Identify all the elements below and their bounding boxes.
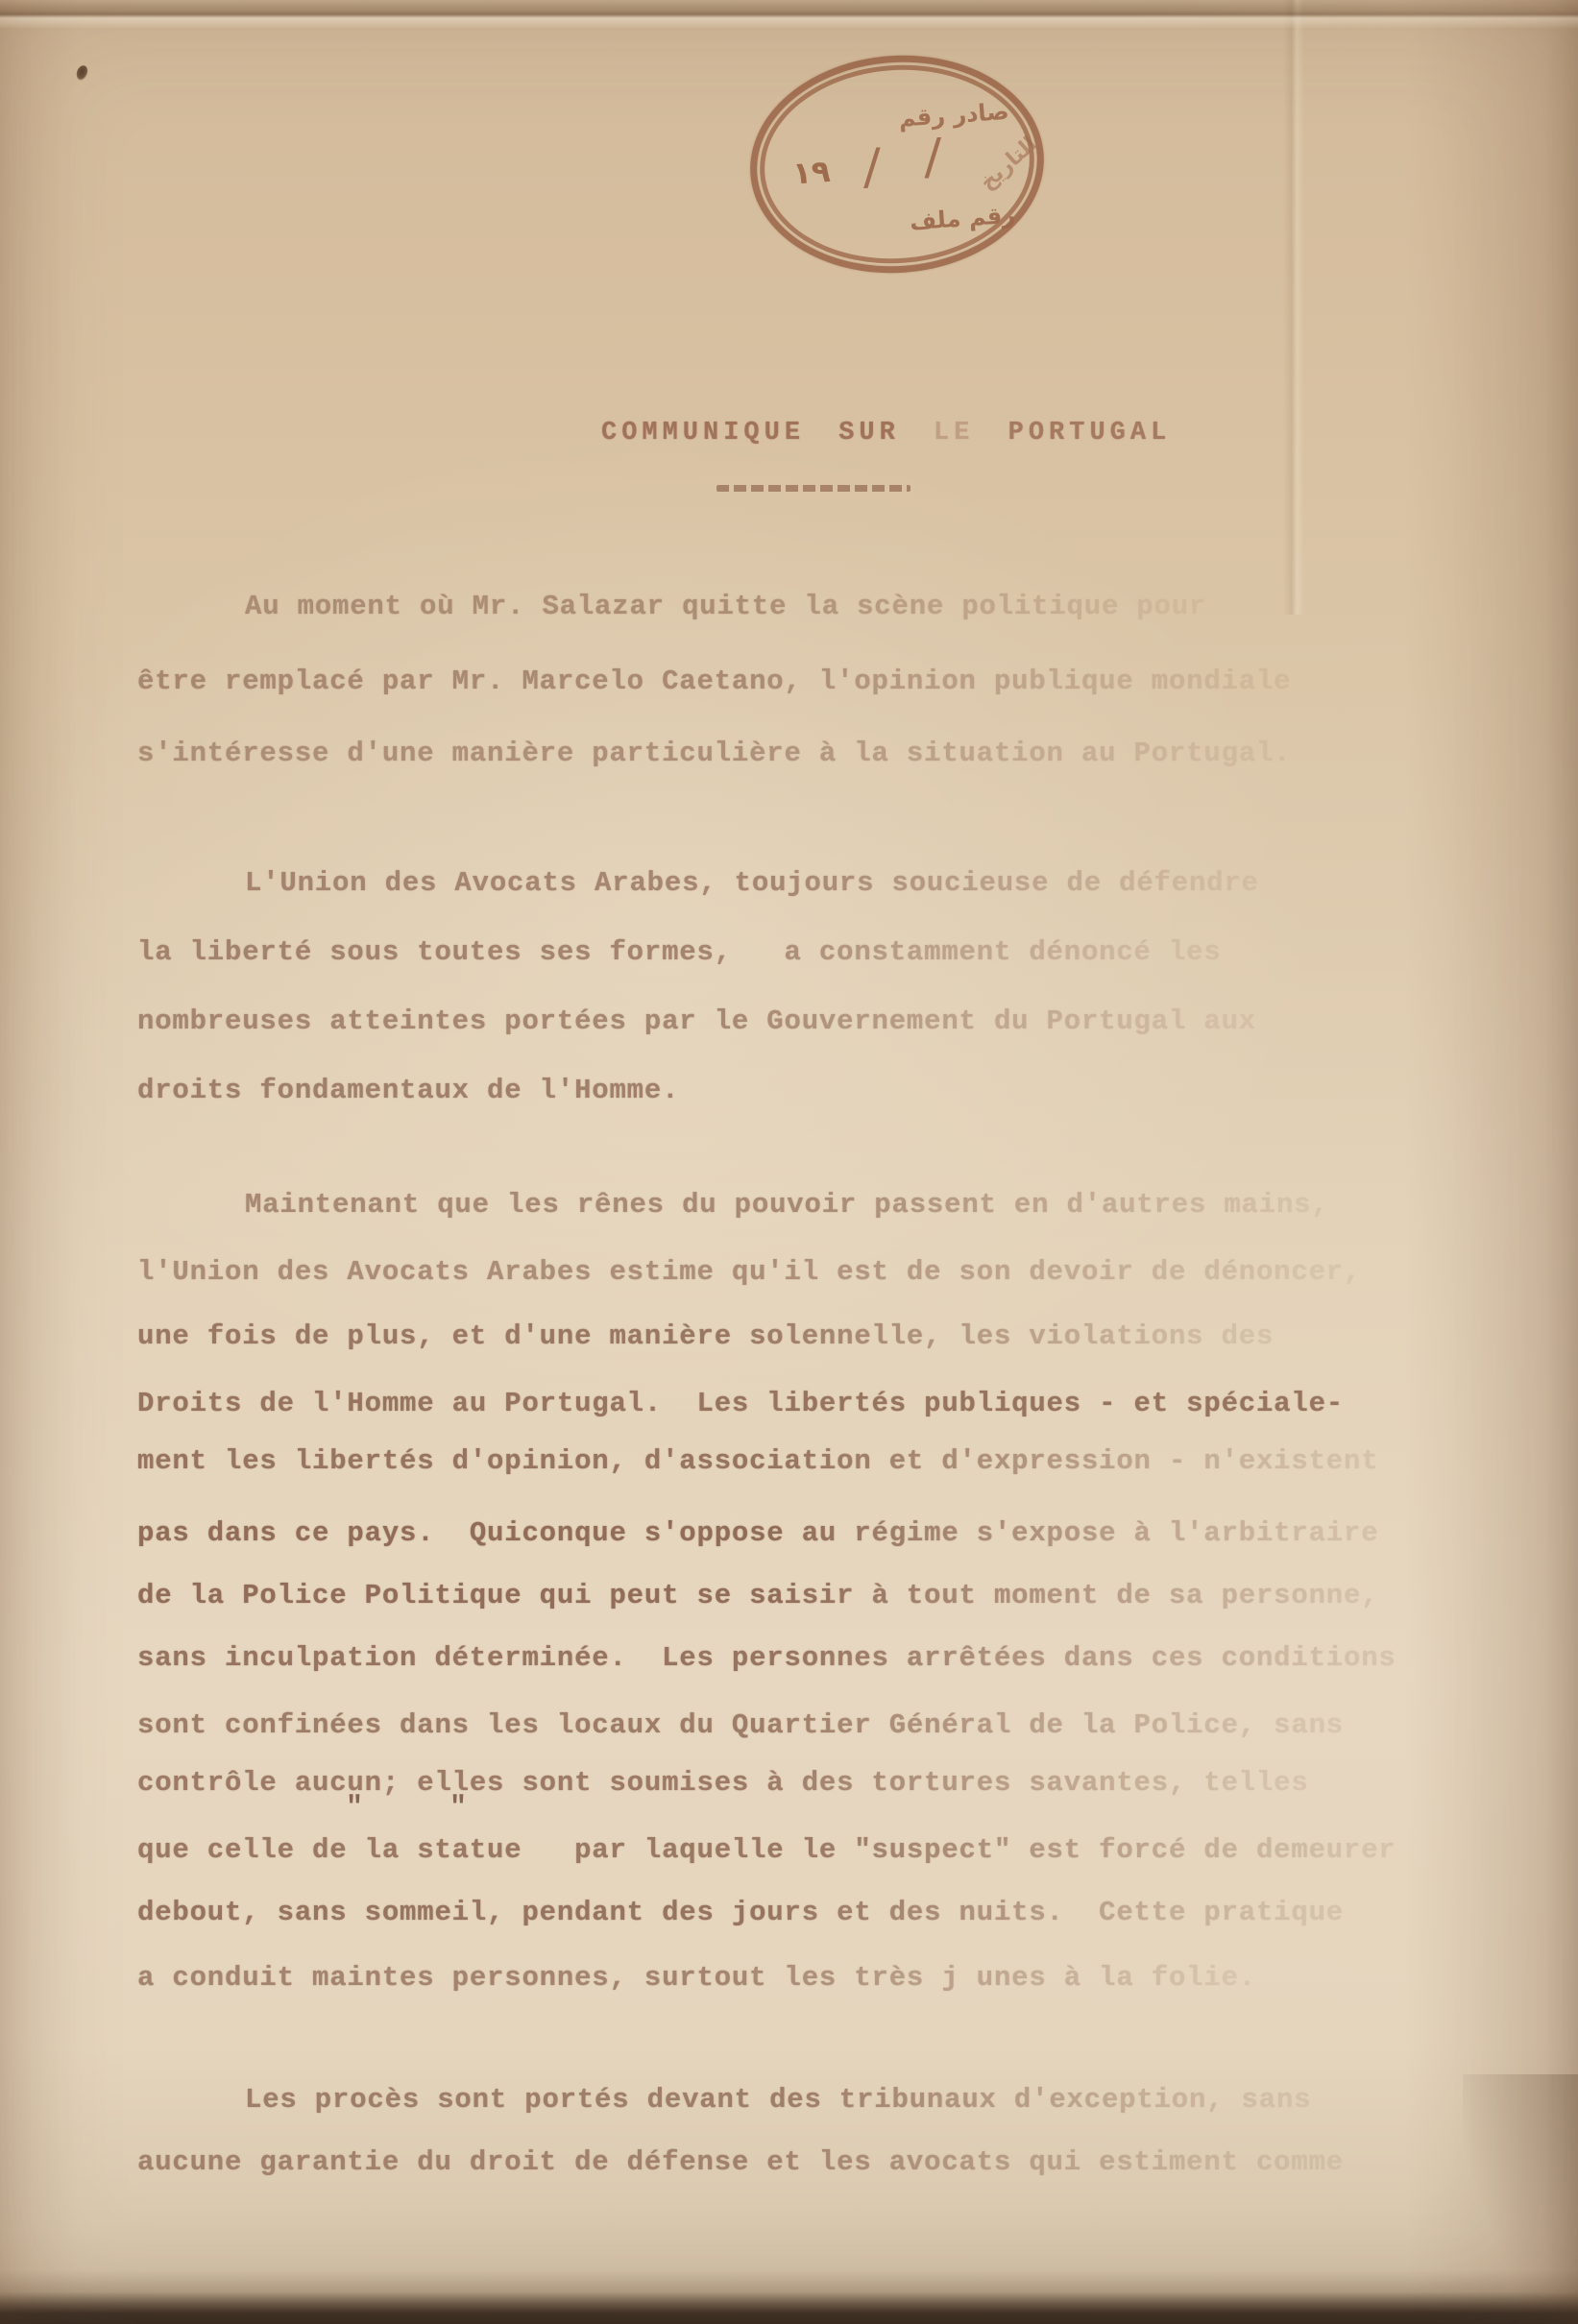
title-part: LE bbox=[934, 419, 1008, 448]
text-line: s'intéresse d'une manière particulière à… bbox=[137, 738, 1291, 769]
title-part: COMMUNIQUE SUR bbox=[601, 419, 934, 448]
title-part: PORTUGAL bbox=[1008, 419, 1172, 448]
text-line: Au moment où Mr. Salazar quitte la scène… bbox=[245, 591, 1206, 622]
text-line: que celle de la statue par laquelle le "… bbox=[137, 1834, 1396, 1866]
text-line: sont confinées dans les locaux du Quarti… bbox=[137, 1709, 1344, 1741]
stamp-date-slash: / bbox=[925, 128, 942, 185]
text-line: Droits de l'Homme au Portugal. Les liber… bbox=[137, 1388, 1344, 1419]
text-line: ment les libertés d'opinion, d'associati… bbox=[137, 1445, 1378, 1477]
fold-crease-upper bbox=[0, 0, 1578, 29]
text-line: la liberté sous toutes ses formes, a con… bbox=[137, 936, 1222, 968]
document-page: صادر رقم ١٩ / / التاريخ رقم ملف COMMUNIQ… bbox=[0, 0, 1578, 2324]
staple-hole bbox=[75, 64, 89, 83]
text-line: aucune garantie du droit de défense et l… bbox=[137, 2146, 1344, 2178]
stamp-number-19: ١٩ bbox=[791, 153, 832, 192]
stamp-date-slash: / bbox=[863, 138, 881, 196]
registry-stamp: صادر رقم ١٩ / / التاريخ رقم ملف bbox=[742, 46, 1051, 283]
corner-shadow bbox=[1463, 2074, 1578, 2324]
text-line: Les procès sont portés devant des tribun… bbox=[245, 2084, 1311, 2116]
vertical-fold-crease bbox=[1283, 0, 1304, 615]
text-line: pas dans ce pays. Quiconque s'oppose au … bbox=[137, 1517, 1378, 1549]
text-line: sans inculpation déterminée. Les personn… bbox=[137, 1642, 1396, 1674]
text-line: a conduit maintes personnes, surtout les… bbox=[137, 1962, 1256, 1994]
text-line: L'Union des Avocats Arabes, toujours sou… bbox=[245, 867, 1259, 899]
text-line: une fois de plus, et d'une manière solen… bbox=[137, 1320, 1274, 1352]
text-line: contrôle aucun; elles sont soumises à de… bbox=[137, 1767, 1309, 1799]
page-title: COMMUNIQUE SUR LE PORTUGAL bbox=[601, 419, 1171, 448]
text-line: nombreuses atteintes portées par le Gouv… bbox=[137, 1005, 1256, 1037]
text-line: l'Union des Avocats Arabes estime qu'il … bbox=[137, 1256, 1361, 1288]
title-underline bbox=[716, 485, 910, 492]
text-line: droits fondamentaux de l'Homme. bbox=[137, 1075, 679, 1106]
fold-crease-lower bbox=[0, 0, 1578, 29]
text-line: être remplacé par Mr. Marcelo Caetano, l… bbox=[137, 666, 1291, 697]
ditto-quote-marks: " " bbox=[346, 1792, 467, 1825]
scan-edge-shadow bbox=[0, 2270, 1578, 2324]
text-line: debout, sans sommeil, pendant des jours … bbox=[137, 1897, 1344, 1928]
text-line: de la Police Politique qui peut se saisi… bbox=[137, 1580, 1378, 1611]
text-line: Maintenant que les rênes du pouvoir pass… bbox=[245, 1189, 1329, 1221]
